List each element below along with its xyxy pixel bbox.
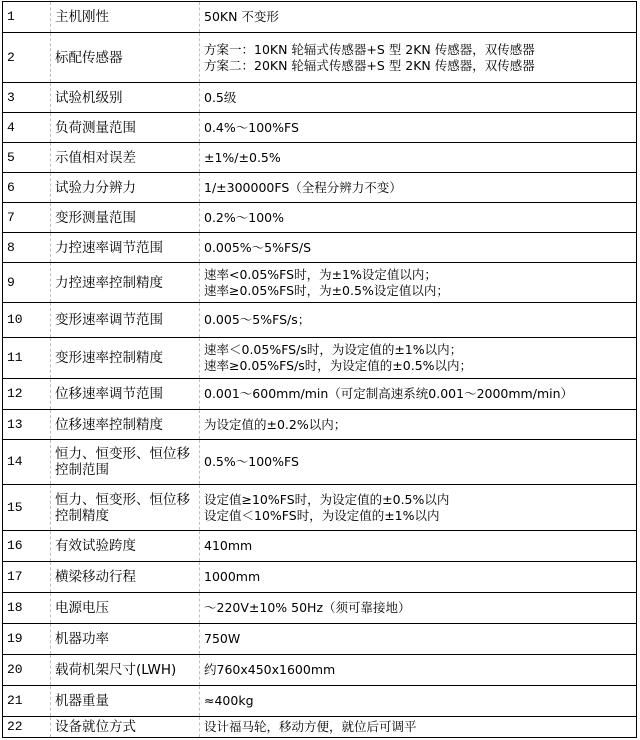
- parameter-value-line: 0.5%～100%FS: [204, 454, 636, 470]
- parameter-name-line: 载荷机架尺寸(LWH): [55, 662, 199, 678]
- table-row: 17横梁移动行程1000mm: [3, 562, 637, 593]
- row-number-cell: 14: [3, 440, 51, 485]
- parameter-value-line: 方案一：10KN 轮辐式传感器+S 型 2KN 传感器，双传感器: [204, 42, 636, 58]
- table-row: 15恒力、恒变形、恒位移控制精度设定值≥10%FS时，为设定值的±0.5%以内设…: [3, 485, 637, 531]
- parameter-value-line: 1000mm: [204, 569, 636, 585]
- row-number-cell: 15: [3, 485, 51, 531]
- table-row: 14恒力、恒变形、恒位移控制范围0.5%～100%FS: [3, 440, 637, 485]
- table-row: 2标配传感器方案一：10KN 轮辐式传感器+S 型 2KN 传感器，双传感器方案…: [3, 33, 637, 83]
- parameter-value-line: 0.2%～100%: [204, 210, 636, 226]
- parameter-name-cell: 机器重量: [51, 686, 200, 717]
- table-row: 12位移速率调节范围0.001～600mm/min（可定制高速系统0.001～2…: [3, 379, 637, 410]
- row-number-cell: 2: [3, 33, 51, 83]
- parameter-name-line: 变形速率控制精度: [55, 350, 199, 366]
- parameter-value-line: 750W: [204, 631, 636, 647]
- parameter-name-cell: 力控速率控制精度: [51, 263, 200, 303]
- parameter-name-cell: 力控速率调节范围: [51, 233, 200, 263]
- parameter-value-cell: 为设定值的±0.2%以内；: [200, 410, 637, 440]
- parameter-value-line: 0.5级: [204, 90, 636, 106]
- parameter-name-cell: 设备就位方式: [51, 717, 200, 738]
- table-row: 11变形速率控制精度速率＜0.05%FS/s时，为设定值的±1%以内；速率≥0.…: [3, 338, 637, 379]
- parameter-name-cell: 试验机级别: [51, 83, 200, 113]
- parameter-name-cell: 载荷机架尺寸(LWH): [51, 655, 200, 686]
- parameter-value-line: 0.001～600mm/min（可定制高速系统0.001～2000mm/min）: [204, 386, 636, 402]
- row-number-cell: 11: [3, 338, 51, 379]
- table-row: 22设备就位方式设计福马轮，移动方便，就位后可调平: [3, 717, 637, 738]
- parameter-value-line: 410mm: [204, 538, 636, 554]
- parameter-value-cell: 速率<0.05%FS时，为±1%设定值以内；速率≥0.05%FS时，为±0.5%…: [200, 263, 637, 303]
- parameter-value-line: 0.005～5%FS/s；: [204, 312, 636, 328]
- parameter-name-cell: 试验力分辨力: [51, 173, 200, 203]
- row-number-cell: 18: [3, 593, 51, 624]
- parameter-value-cell: 0.5%～100%FS: [200, 440, 637, 485]
- parameter-name-line: 变形测量范围: [55, 210, 199, 226]
- spec-table-body: 1主机刚性50KN 不变形2标配传感器方案一：10KN 轮辐式传感器+S 型 2…: [3, 2, 637, 738]
- parameter-name-cell: 标配传感器: [51, 33, 200, 83]
- parameter-name-line: 变形速率调节范围: [55, 312, 199, 328]
- parameter-value-line: 1/±300000FS（全程分辨力不变）: [204, 180, 636, 196]
- parameter-name-line: 机器功率: [55, 631, 199, 647]
- parameter-value-line: 0.4%～100%FS: [204, 120, 636, 136]
- parameter-name-line: 控制范围: [55, 462, 199, 478]
- parameter-value-cell: 0.001～600mm/min（可定制高速系统0.001～2000mm/min）: [200, 379, 637, 410]
- parameter-value-line: 0.005%～5%FS/S: [204, 240, 636, 256]
- row-number-cell: 16: [3, 531, 51, 562]
- parameter-value-cell: 1/±300000FS（全程分辨力不变）: [200, 173, 637, 203]
- parameter-value-cell: 设计福马轮，移动方便，就位后可调平: [200, 717, 637, 738]
- parameter-name-cell: 横梁移动行程: [51, 562, 200, 593]
- parameter-value-line: 速率＜0.05%FS/s时，为设定值的±1%以内；: [204, 342, 636, 358]
- row-number-cell: 7: [3, 203, 51, 233]
- parameter-name-cell: 示值相对误差: [51, 143, 200, 173]
- parameter-name-line: 力控速率调节范围: [55, 240, 199, 256]
- parameter-value-line: 50KN 不变形: [204, 9, 636, 25]
- row-number-cell: 6: [3, 173, 51, 203]
- spec-table: 1主机刚性50KN 不变形2标配传感器方案一：10KN 轮辐式传感器+S 型 2…: [2, 1, 637, 738]
- parameter-name-line: 负荷测量范围: [55, 120, 199, 136]
- parameter-name-line: 机器重量: [55, 693, 199, 709]
- table-row: 20载荷机架尺寸(LWH)约760x450x1600mm: [3, 655, 637, 686]
- parameter-name-cell: 主机刚性: [51, 2, 200, 33]
- parameter-value-cell: 方案一：10KN 轮辐式传感器+S 型 2KN 传感器，双传感器方案二：20KN…: [200, 33, 637, 83]
- row-number-cell: 19: [3, 624, 51, 655]
- parameter-name-line: 标配传感器: [55, 50, 199, 66]
- parameter-name-line: 恒力、恒变形、恒位移: [55, 446, 199, 462]
- table-row: 19机器功率750W: [3, 624, 637, 655]
- parameter-value-line: 速率<0.05%FS时，为±1%设定值以内；: [204, 267, 636, 283]
- parameter-name-cell: 电源电压: [51, 593, 200, 624]
- parameter-value-cell: 50KN 不变形: [200, 2, 637, 33]
- table-row: 7变形测量范围0.2%～100%: [3, 203, 637, 233]
- table-row: 1主机刚性50KN 不变形: [3, 2, 637, 33]
- parameter-value-line: 方案二：20KN 轮辐式传感器+S 型 2KN 传感器，双传感器: [204, 58, 636, 74]
- parameter-value-cell: ±1%/±0.5%: [200, 143, 637, 173]
- table-row: 3试验机级别0.5级: [3, 83, 637, 113]
- parameter-name-line: 位移速率控制精度: [55, 417, 199, 433]
- row-number-cell: 12: [3, 379, 51, 410]
- row-number-cell: 8: [3, 233, 51, 263]
- table-row: 5示值相对误差±1%/±0.5%: [3, 143, 637, 173]
- parameter-value-line: ～220V±10% 50Hz（须可靠接地）: [204, 600, 636, 616]
- parameter-value-cell: 0.005～5%FS/s；: [200, 303, 637, 338]
- parameter-name-cell: 变形速率调节范围: [51, 303, 200, 338]
- parameter-value-line: ≈400kg: [204, 693, 636, 709]
- parameter-name-line: 控制精度: [55, 508, 199, 524]
- row-number-cell: 21: [3, 686, 51, 717]
- parameter-name-line: 试验机级别: [55, 90, 199, 106]
- parameter-name-cell: 恒力、恒变形、恒位移控制范围: [51, 440, 200, 485]
- parameter-value-cell: 410mm: [200, 531, 637, 562]
- row-number-cell: 9: [3, 263, 51, 303]
- parameter-name-line: 主机刚性: [55, 9, 199, 25]
- row-number-cell: 13: [3, 410, 51, 440]
- parameter-name-cell: 位移速率控制精度: [51, 410, 200, 440]
- parameter-value-cell: 0.5级: [200, 83, 637, 113]
- parameter-name-cell: 位移速率调节范围: [51, 379, 200, 410]
- parameter-value-line: 设定值＜10%FS时，为设定值的±1%以内: [204, 508, 636, 524]
- table-row: 13位移速率控制精度为设定值的±0.2%以内；: [3, 410, 637, 440]
- parameter-name-line: 设备就位方式: [55, 719, 199, 735]
- row-number-cell: 4: [3, 113, 51, 143]
- parameter-value-cell: 约760x450x1600mm: [200, 655, 637, 686]
- parameter-value-line: 速率≥0.05%FS/s时，为设定值的±0.5%以内；: [204, 358, 636, 374]
- table-row: 9力控速率控制精度速率<0.05%FS时，为±1%设定值以内；速率≥0.05%F…: [3, 263, 637, 303]
- table-row: 21机器重量≈400kg: [3, 686, 637, 717]
- parameter-name-cell: 有效试验跨度: [51, 531, 200, 562]
- parameter-value-cell: 0.005%～5%FS/S: [200, 233, 637, 263]
- parameter-name-line: 力控速率控制精度: [55, 275, 199, 291]
- parameter-name-line: 位移速率调节范围: [55, 386, 199, 402]
- parameter-value-cell: 1000mm: [200, 562, 637, 593]
- parameter-value-line: 设计福马轮，移动方便，就位后可调平: [204, 719, 636, 735]
- row-number-cell: 22: [3, 717, 51, 738]
- parameter-value-cell: 0.4%～100%FS: [200, 113, 637, 143]
- row-number-cell: 3: [3, 83, 51, 113]
- parameter-name-cell: 变形速率控制精度: [51, 338, 200, 379]
- parameter-value-cell: 速率＜0.05%FS/s时，为设定值的±1%以内；速率≥0.05%FS/s时，为…: [200, 338, 637, 379]
- parameter-name-line: 试验力分辨力: [55, 180, 199, 196]
- row-number-cell: 20: [3, 655, 51, 686]
- parameter-value-cell: 设定值≥10%FS时，为设定值的±0.5%以内设定值＜10%FS时，为设定值的±…: [200, 485, 637, 531]
- table-row: 6试验力分辨力1/±300000FS（全程分辨力不变）: [3, 173, 637, 203]
- row-number-cell: 5: [3, 143, 51, 173]
- parameter-name-cell: 恒力、恒变形、恒位移控制精度: [51, 485, 200, 531]
- parameter-name-line: 示值相对误差: [55, 150, 199, 166]
- parameter-name-line: 电源电压: [55, 600, 199, 616]
- parameter-value-line: 约760x450x1600mm: [204, 662, 636, 678]
- parameter-name-cell: 机器功率: [51, 624, 200, 655]
- parameter-value-cell: ～220V±10% 50Hz（须可靠接地）: [200, 593, 637, 624]
- parameter-value-line: 为设定值的±0.2%以内；: [204, 417, 636, 433]
- parameter-value-cell: 0.2%～100%: [200, 203, 637, 233]
- table-row: 10变形速率调节范围0.005～5%FS/s；: [3, 303, 637, 338]
- parameter-name-cell: 负荷测量范围: [51, 113, 200, 143]
- parameter-name-line: 恒力、恒变形、恒位移: [55, 492, 199, 508]
- row-number-cell: 10: [3, 303, 51, 338]
- parameter-value-cell: ≈400kg: [200, 686, 637, 717]
- parameter-name-line: 横梁移动行程: [55, 569, 199, 585]
- parameter-name-cell: 变形测量范围: [51, 203, 200, 233]
- parameter-value-cell: 750W: [200, 624, 637, 655]
- parameter-value-line: ±1%/±0.5%: [204, 150, 636, 166]
- parameter-value-line: 速率≥0.05%FS时，为±0.5%设定值以内；: [204, 283, 636, 299]
- table-row: 18电源电压～220V±10% 50Hz（须可靠接地）: [3, 593, 637, 624]
- row-number-cell: 17: [3, 562, 51, 593]
- row-number-cell: 1: [3, 2, 51, 33]
- table-row: 16有效试验跨度410mm: [3, 531, 637, 562]
- table-row: 4负荷测量范围0.4%～100%FS: [3, 113, 637, 143]
- parameter-name-line: 有效试验跨度: [55, 538, 199, 554]
- table-row: 8力控速率调节范围0.005%～5%FS/S: [3, 233, 637, 263]
- parameter-value-line: 设定值≥10%FS时，为设定值的±0.5%以内: [204, 492, 636, 508]
